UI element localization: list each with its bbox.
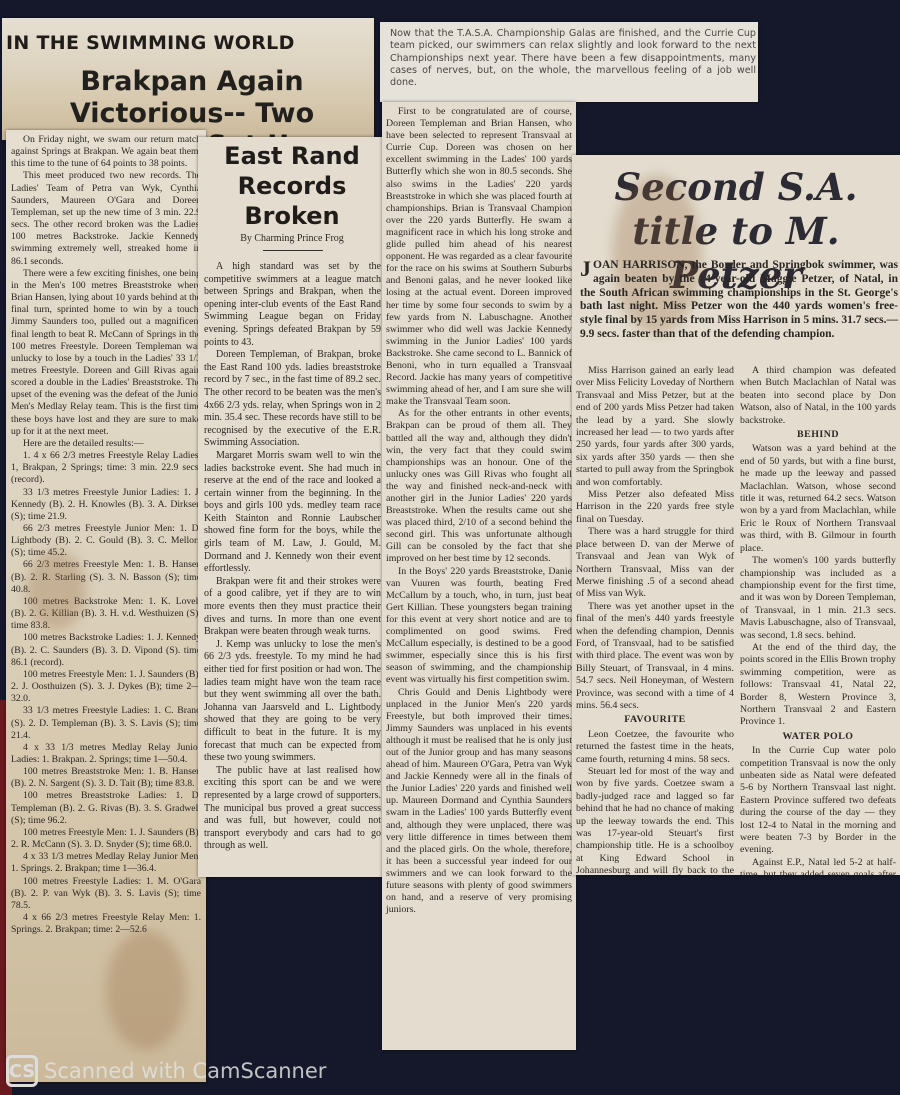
paragraph: 100 metres Freestyle Ladies: 1. M. O'Gar… <box>11 876 201 912</box>
divider <box>263 250 323 251</box>
paragraph: Chris Gould and Denis Lightbody were unp… <box>386 687 572 917</box>
paragraph: Doreen Templeman, of Brakpan, broke the … <box>204 349 381 450</box>
paragraph: Miss Petzer also defeated Miss Harrison … <box>576 489 734 526</box>
clipping-petzer: Second S.A. title to M. Petzer JOAN HARR… <box>572 155 900 875</box>
paragraph: The women's 100 yards butterfly champion… <box>740 555 896 642</box>
article-body-tasa: First to be congratulated are of course,… <box>386 106 572 916</box>
paragraph: 100 metres Backstroke Ladies: 1. J. Kenn… <box>11 632 201 668</box>
subheading: FAVOURITE <box>576 714 734 726</box>
article-col-1-petzer: Miss Harrison gained an early lead over … <box>576 365 734 875</box>
paragraph: There was yet another upset in the final… <box>576 601 734 713</box>
paragraph: On Friday night, we swam our return matc… <box>11 134 201 170</box>
paragraph: At the end of the third day, the points … <box>740 642 896 729</box>
paragraph: 33 1/3 metres Freestyle Junior Ladies: 1… <box>11 487 201 523</box>
paragraph: As for the other entrants in other event… <box>386 408 572 565</box>
article-col-2-petzer: A third champion was defeated when Butch… <box>740 365 896 875</box>
paragraph: 4 x 66 2/3 metres Freestyle Relay Men: 1… <box>11 912 201 936</box>
paragraph: Margaret Morris swam well to win the lad… <box>204 450 381 576</box>
paragraph: A high standard was set by the competiti… <box>204 261 381 349</box>
clipping-tasa-body: First to be congratulated are of course,… <box>382 102 576 1050</box>
paragraph: Leon Coetzee, the favourite who returned… <box>576 729 734 766</box>
paragraph: 100 metres Freestyle Men: 1. J. Saunders… <box>11 669 201 705</box>
headline-brakpan: Brakpan Again Victorious-- Two Records S… <box>6 66 374 140</box>
clipping-east-rand: East Rand Records Broken By Charming Pri… <box>198 137 386 877</box>
watermark-text: Scanned with CamScanner <box>44 1059 326 1083</box>
subheading: BEHIND <box>740 429 896 441</box>
article-body-brakpan: On Friday night, we swam our return matc… <box>11 134 201 936</box>
paragraph: This meet produced two new records. The … <box>11 170 201 267</box>
headline-east-rand: East Rand Records Broken <box>198 141 386 231</box>
camscanner-watermark: CS Scanned with CamScanner <box>6 1054 326 1088</box>
paragraph: 4 x 33 1/3 metres Medlay Relay Junior Me… <box>11 851 201 875</box>
clipping-tasa-lead: Now that the T.A.S.A. Championship Galas… <box>380 22 758 102</box>
paragraph: J. Kemp was unlucky to lose the men's 66… <box>204 639 381 765</box>
paragraph: There was a hard struggle for third plac… <box>576 526 734 600</box>
section-header: IN THE SWIMMING WORLD <box>6 32 295 54</box>
paragraph: There were a few exciting finishes, one … <box>11 268 201 438</box>
petzer-lead: JOAN HARRISON, the Border and Springbok … <box>580 259 898 342</box>
paragraph: The public have at last realised how exc… <box>204 765 381 853</box>
paragraph: Steuart led for most of the way and won … <box>576 766 734 875</box>
paragraph: 33 1/3 metres Freestyle Ladies: 1. C. Br… <box>11 705 201 741</box>
paragraph: First to be congratulated are of course,… <box>386 106 572 408</box>
subheading: WATER POLO <box>740 731 896 743</box>
paragraph: In the Currie Cup water polo competition… <box>740 745 896 857</box>
paragraph: 100 metres Breaststroke Men: 1. B. Hanse… <box>11 766 201 790</box>
paragraph: Here are the detailed results:— <box>11 438 201 450</box>
paragraph: 100 metres Breaststroke Ladies: 1. D. Te… <box>11 790 201 826</box>
article-body-east-rand: A high standard was set by the competiti… <box>204 261 381 853</box>
paragraph: 1. 4 x 66 2/3 metres Freestyle Relay Lad… <box>11 450 201 486</box>
paragraph: 4 x 33 1/3 metres Medlay Relay Junior La… <box>11 742 201 766</box>
clipping-brakpan-victorious: IN THE SWIMMING WORLD Brakpan Again Vict… <box>2 18 374 140</box>
paragraph: A third champion was defeated when Butch… <box>740 365 896 427</box>
paragraph: In the Boys' 220 yards Breaststroke, Dan… <box>386 566 572 687</box>
tasa-lead-text: Now that the T.A.S.A. Championship Galas… <box>390 28 756 89</box>
paragraph: Against E.P., Natal led 5-2 at half-time… <box>740 857 896 875</box>
paragraph: 66 2/3 metres Freestyle Junior Men: 1. D… <box>11 523 201 559</box>
byline: By Charming Prince Frog <box>198 233 386 244</box>
paragraph: Miss Harrison gained an early lead over … <box>576 365 734 489</box>
camscanner-logo-icon: CS <box>6 1055 38 1087</box>
paragraph: 100 metres Freestyle Men: 1. J. Saunders… <box>11 827 201 851</box>
paragraph: Brakpan were fit and their strokes were … <box>204 576 381 639</box>
paragraph: Watson was a yard behind at the end of 5… <box>740 443 896 555</box>
clipping-brakpan-body: On Friday night, we swam our return matc… <box>6 130 206 1082</box>
